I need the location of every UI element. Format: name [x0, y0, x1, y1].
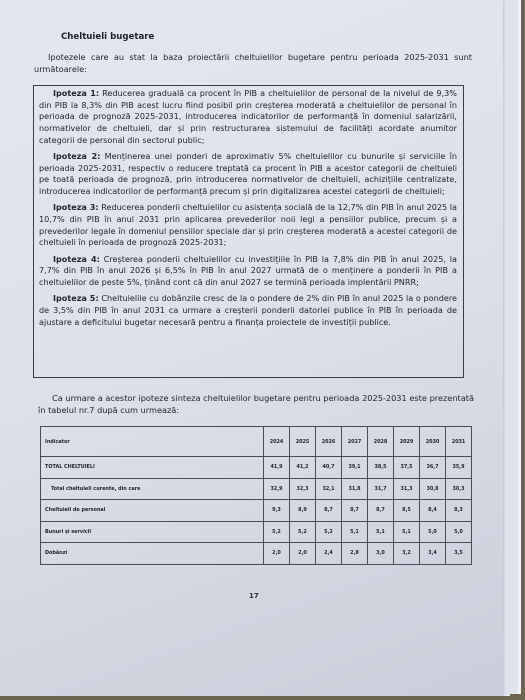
cell-value: 5,2: [290, 521, 316, 543]
cell-value: 3,0: [368, 543, 394, 565]
hypothesis-label: Ipoteza 5:: [53, 293, 99, 303]
cell-value: 32,9: [264, 478, 290, 500]
cell-value: 2,4: [316, 543, 342, 565]
table-row: Bunuri și servicii5,25,25,25,15,15,15,05…: [41, 521, 472, 543]
cell-value: 3,5: [446, 543, 472, 565]
row-label: TOTAL CHELTUIELI: [41, 457, 264, 479]
row-label: Total cheltuieli curente, din care: [41, 478, 264, 500]
hypothesis-label: Ipoteza 3:: [53, 202, 99, 212]
header-year: 2031: [446, 427, 472, 457]
hypothesis-text: Menținerea unei ponderi de aproximativ 5…: [39, 151, 457, 196]
section-heading: Cheltuieli bugetare: [61, 32, 154, 42]
cell-value: 5,0: [446, 521, 472, 543]
header-indicator: Indicator: [41, 427, 264, 457]
cell-value: 8,9: [290, 500, 316, 522]
cell-value: 41,9: [264, 457, 290, 479]
cell-value: 32,3: [290, 478, 316, 500]
intro-paragraph: Ipotezele care au stat la baza proiectăr…: [34, 51, 472, 75]
row-label: Dobânzi: [41, 543, 264, 565]
cell-value: 36,7: [420, 457, 446, 479]
cell-value: 9,3: [264, 500, 290, 522]
header-year: 2030: [420, 427, 446, 457]
hypothesis-4: Ipoteza 4: Creșterea ponderii cheltuieli…: [39, 254, 457, 289]
header-year: 2029: [394, 427, 420, 457]
cell-value: 8,3: [446, 500, 472, 522]
budget-table: Indicator 2024 2025 2026 2027 2028 2029 …: [40, 426, 472, 565]
cell-value: 32,1: [316, 478, 342, 500]
cell-value: 3,2: [394, 543, 420, 565]
header-year: 2025: [290, 427, 316, 457]
document-page: Cheltuieli bugetare Ipotezele care au st…: [0, 0, 503, 696]
cell-value: 41,2: [290, 457, 316, 479]
cell-value: 5,1: [342, 521, 368, 543]
page-number: 17: [249, 592, 259, 600]
cell-value: 5,1: [368, 521, 394, 543]
hypothesis-text: Reducerea ponderii cheltuielilor cu asis…: [39, 202, 457, 247]
hypothesis-text: Creșterea ponderii cheltuielilor cu inve…: [39, 254, 457, 287]
cell-value: 40,7: [316, 457, 342, 479]
header-year: 2028: [368, 427, 394, 457]
cell-value: 5,1: [394, 521, 420, 543]
cell-value: 31,8: [342, 478, 368, 500]
hypothesis-3: Ipoteza 3: Reducerea ponderii cheltuieli…: [39, 202, 457, 249]
hypothesis-label: Ipoteza 4:: [53, 254, 100, 264]
table-intro-paragraph: Ca urmare a acestor ipoteze sinteza chel…: [38, 392, 474, 416]
hypothesis-label: Ipoteza 1:: [53, 88, 99, 98]
hypothesis-1: Ipoteza 1: Reducerea graduală ca procent…: [39, 88, 457, 147]
hypothesis-label: Ipoteza 2:: [53, 151, 100, 161]
table-row: Dobânzi2,02,02,42,83,03,23,43,5: [41, 543, 472, 565]
cell-value: 8,7: [368, 500, 394, 522]
header-year: 2024: [264, 427, 290, 457]
cell-value: 2,0: [264, 543, 290, 565]
cell-value: 8,4: [420, 500, 446, 522]
table-row: Cheltuieli de personal9,38,98,78,78,78,5…: [41, 500, 472, 522]
cell-value: 31,3: [394, 478, 420, 500]
cell-value: 39,1: [342, 457, 368, 479]
cell-value: 5,2: [316, 521, 342, 543]
table-header-row: Indicator 2024 2025 2026 2027 2028 2029 …: [41, 427, 472, 457]
cell-value: 37,5: [394, 457, 420, 479]
hypothesis-text: Reducerea graduală ca procent în PIB a c…: [39, 88, 457, 145]
hypothesis-2: Ipoteza 2: Menținerea unei ponderi de ap…: [39, 151, 457, 198]
cell-value: 8,7: [316, 500, 342, 522]
cell-value: 30,3: [446, 478, 472, 500]
cell-value: 30,8: [420, 478, 446, 500]
cell-value: 8,5: [394, 500, 420, 522]
table-row: TOTAL CHELTUIELI41,941,240,739,138,537,5…: [41, 457, 472, 479]
header-year: 2027: [342, 427, 368, 457]
cell-value: 3,4: [420, 543, 446, 565]
cell-value: 5,2: [264, 521, 290, 543]
cell-value: 2,0: [290, 543, 316, 565]
cell-value: 38,5: [368, 457, 394, 479]
cell-value: 31,7: [368, 478, 394, 500]
row-label: Bunuri și servicii: [41, 521, 264, 543]
cell-value: 35,9: [446, 457, 472, 479]
header-year: 2026: [316, 427, 342, 457]
hypotheses-box: Ipoteza 1: Reducerea graduală ca procent…: [33, 85, 464, 378]
cell-value: 8,7: [342, 500, 368, 522]
hypothesis-5: Ipoteza 5: Cheltuielile cu dobânzile cre…: [39, 293, 457, 328]
cell-value: 5,0: [420, 521, 446, 543]
table-row: Total cheltuieli curente, din care32,932…: [41, 478, 472, 500]
cell-value: 2,8: [342, 543, 368, 565]
hypothesis-text: Cheltuielile cu dobânzile cresc de la o …: [39, 293, 457, 326]
row-label: Cheltuieli de personal: [41, 500, 264, 522]
